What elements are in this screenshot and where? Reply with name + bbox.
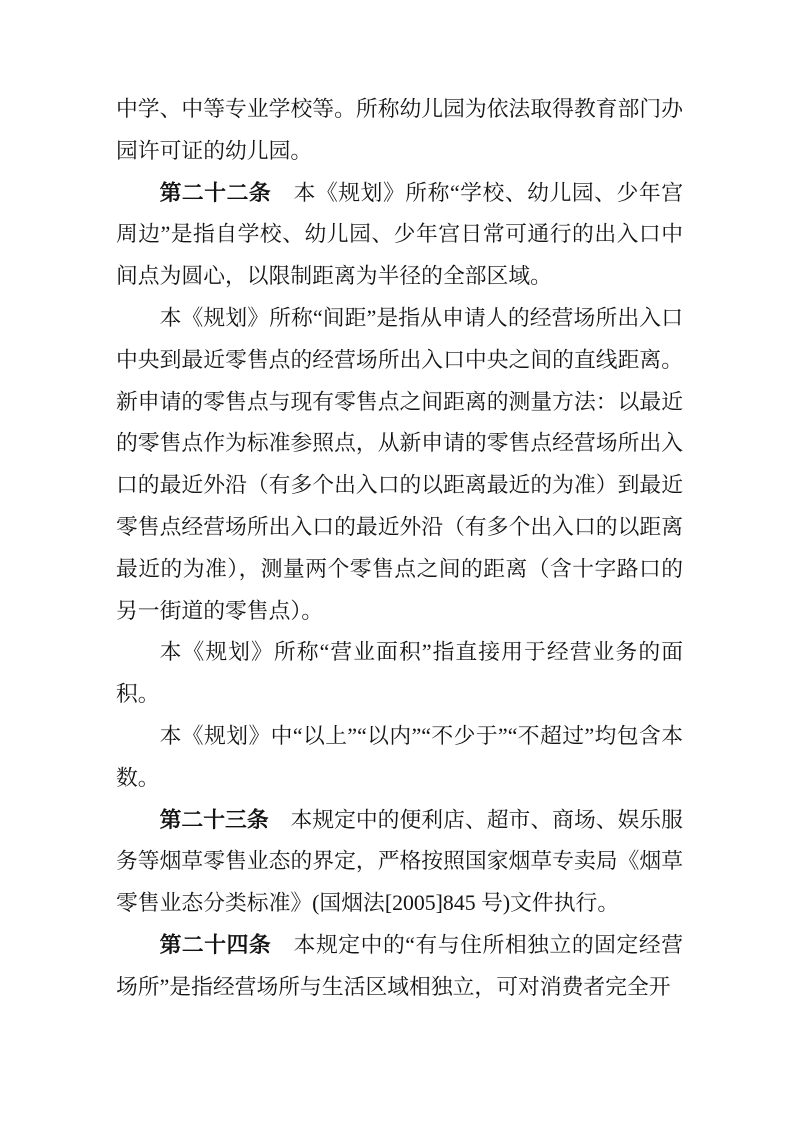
paragraph: 第二十四条 本规定中的“有与住所相独立的固定经营场所”是指经营场所与生活区域相独… xyxy=(116,925,683,1009)
paragraph: 第二十二条 本《规划》所称“学校、幼儿园、少年宫周边”是指自学校、幼儿园、少年宫… xyxy=(116,173,683,298)
document-page: 中学、中等专业学校等。所称幼儿园为依法取得教育部门办园许可证的幼儿园。第二十二条… xyxy=(0,0,793,1122)
paragraph-text: 中学、中等专业学校等。所称幼儿园为依法取得教育部门办园许可证的幼儿园。 xyxy=(116,97,683,163)
paragraph-text: 本《规划》中“以上”“以内”“不少于”“不超过”均包含本数。 xyxy=(116,724,683,790)
document-body: 中学、中等专业学校等。所称幼儿园为依法取得教育部门办园许可证的幼儿园。第二十二条… xyxy=(116,89,683,1009)
paragraph: 本《规划》所称“间距”是指从申请人的经营场所出入口中央到最近零售点的经营场所出入… xyxy=(116,298,683,632)
article-number: 第二十三条 xyxy=(160,808,269,832)
article-number: 第二十四条 xyxy=(160,933,272,957)
paragraph-text: 本《规划》所称“间距”是指从申请人的经营场所出入口中央到最近零售点的经营场所出入… xyxy=(116,306,683,623)
paragraph: 本《规划》所称“营业面积”指直接用于经营业务的面积。 xyxy=(116,632,683,716)
paragraph-text: 本《规划》所称“营业面积”指直接用于经营业务的面积。 xyxy=(116,640,683,706)
paragraph: 中学、中等专业学校等。所称幼儿园为依法取得教育部门办园许可证的幼儿园。 xyxy=(116,89,683,173)
paragraph: 本《规划》中“以上”“以内”“不少于”“不超过”均包含本数。 xyxy=(116,716,683,800)
paragraph: 第二十三条 本规定中的便利店、超市、商场、娱乐服务等烟草零售业态的界定，严格按照… xyxy=(116,800,683,925)
article-number: 第二十二条 xyxy=(160,181,272,205)
